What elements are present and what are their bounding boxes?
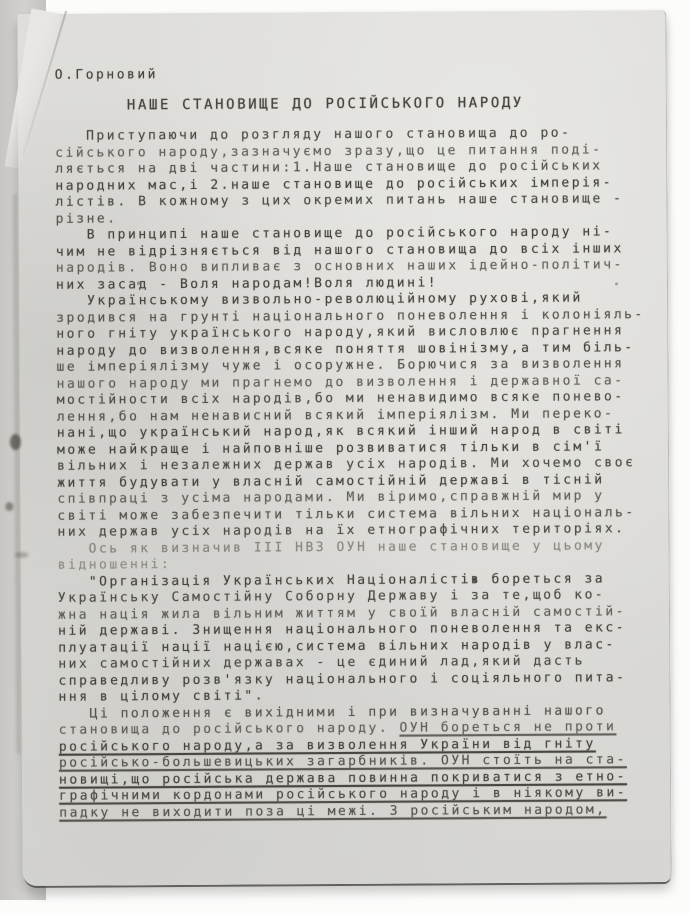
scanned-document: О.Горновий НАШЕ СТАНОВИЩЕ ДО РОСІЙСЬКОГО… [0, 0, 689, 913]
text-segment: народів. Воно випливає з основних наших … [56, 257, 624, 275]
text-segment: співпраці з усіма народами. Ми віримо,сп… [57, 488, 604, 506]
text-segment: плуатації нації нацією,система вільних н… [58, 637, 616, 655]
text-segment: ше імперіялізму чуже і осоружне. Борючис… [56, 356, 624, 374]
text-segment: вільних і незалежних держав усіх народів… [57, 455, 635, 474]
text-segment: ляється на дві частини:1.Наше становище … [55, 158, 602, 176]
text-segment: різне. [56, 211, 118, 226]
document-body: Приступаючи до розгляду нашого становища… [55, 125, 670, 822]
text-segment: російсько-большевицьких загарбників. ОУН… [59, 752, 627, 770]
text-segment: жна нація жила вільним життям у своїй вл… [58, 604, 626, 622]
text-segment: Ось як визначив ІІІ НВЗ ОУН наше станови… [58, 538, 605, 556]
document-title: НАШЕ СТАНОВИЩЕ ДО РОСІЙСЬКОГО НАРОДУ [127, 94, 666, 114]
scanned-page: О.Горновий НАШЕ СТАНОВИЩЕ ДО РОСІЙСЬКОГО… [17, 10, 671, 886]
text-line: падку не виходити поза ці межі. З російс… [59, 802, 670, 822]
text-segment: нашого народу ми прагнемо до визволення … [57, 373, 625, 391]
text-segment: може найкраще і найповніше розвиватися т… [57, 439, 604, 457]
text-segment: зродився на грунті національного поневол… [56, 307, 645, 326]
ink-smudge [5, 502, 13, 511]
text-segment: чим не відрізняється від нашого становищ… [56, 241, 624, 259]
text-segment: Приступаючи до розгляду нашого становища… [55, 126, 571, 144]
text-segment: них держав усіх народів на їх етнографіч… [57, 521, 625, 539]
text-segment: Українську Самостійну Соборну Державу і … [58, 587, 605, 605]
text-segment: ного гніту українського народу,який висл… [56, 323, 624, 341]
text-segment: падку не виходити поза ці межі. З російс… [59, 802, 606, 820]
text-segment: Українському визвольно-революційному рух… [56, 291, 583, 309]
text-segment: мостійности всіх народів,бо ми ненавидим… [57, 389, 625, 407]
text-segment: лення,бо нам ненависний всякий імперіялі… [57, 406, 615, 424]
text-segment: сійського народу,зазначуємо зразу,що це … [55, 142, 602, 160]
text-segment: відношенні: [58, 557, 172, 573]
text-segment: них самостійних державах - це єдиний лад… [58, 654, 585, 672]
text-segment: Ці положення є вихідними і при визначува… [59, 703, 606, 721]
page-content: О.Горновий НАШЕ СТАНОВИЩЕ ДО РОСІЙСЬКОГО… [17, 10, 670, 886]
author-name: О.Горновий [55, 64, 666, 84]
text-segment: ОУН бореться не проти [399, 719, 616, 735]
text-segment: графічними кордонами російського народу … [59, 785, 627, 803]
text-segment: лістів. В кожному з цих окремих питань н… [55, 191, 623, 209]
text-segment: світі може забезпечити тільки система ві… [57, 505, 635, 524]
text-segment: становища до російського народу. [59, 721, 400, 738]
text-segment: них засад - Воля народам!Воля людині! [56, 275, 438, 292]
text-segment: ння в цілому світі". [58, 688, 265, 704]
